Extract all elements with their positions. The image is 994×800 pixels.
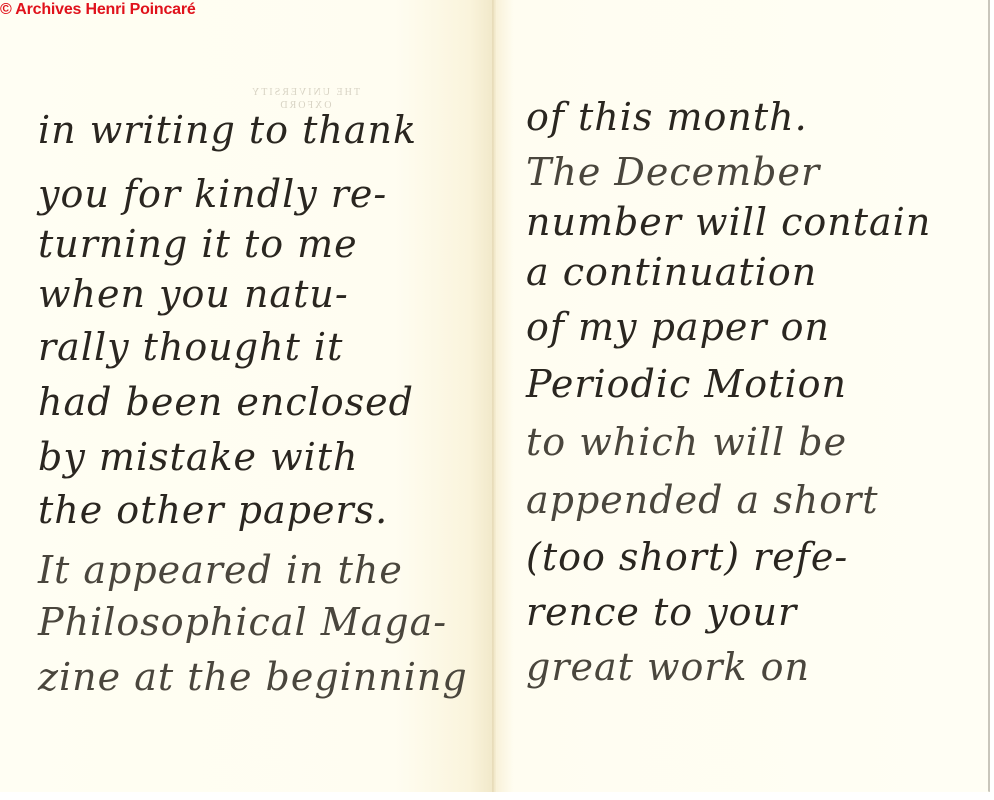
handwritten-line: of this month. [526, 95, 808, 139]
handwritten-line: by mistake with [38, 435, 359, 479]
handwritten-line: rally thought it [38, 325, 343, 369]
letter-sheet: THE UNIVERSITY OXFORD in writing to than… [0, 0, 990, 792]
handwritten-line: in writing to thank [38, 108, 417, 152]
handwritten-line: It appeared in the [38, 548, 403, 592]
ink-bleed-through [554, 690, 563, 723]
handwritten-line: number will contain [526, 200, 931, 244]
handwritten-line: rence to your [526, 590, 797, 634]
handwritten-line: to which will be [526, 420, 847, 464]
handwritten-line: zine at the beginning [38, 655, 468, 699]
handwritten-line: great work on [526, 645, 810, 689]
handwritten-line: (too short) refe- [526, 535, 848, 579]
handwritten-line: of my paper on [526, 305, 830, 349]
handwritten-line: turning it to me [38, 222, 358, 266]
handwritten-line: The December [526, 150, 820, 194]
handwritten-line: appended a short [526, 478, 879, 522]
handwritten-line: you for kindly re- [38, 172, 387, 216]
handwritten-line: Periodic Motion [526, 362, 847, 406]
handwritten-line: had been enclosed [38, 380, 414, 424]
copyright-watermark: © Archives Henri Poincaré [0, 1, 196, 19]
handwritten-line: Philosophical Maga- [38, 600, 447, 644]
handwritten-line: when you natu- [38, 272, 349, 316]
letterhead-line-1: THE UNIVERSITY [250, 86, 360, 99]
handwritten-line: the other papers. [38, 488, 388, 532]
handwritten-line: a continuation [526, 250, 817, 294]
page-fold [492, 0, 496, 792]
left-page: THE UNIVERSITY OXFORD in writing to than… [0, 0, 494, 792]
